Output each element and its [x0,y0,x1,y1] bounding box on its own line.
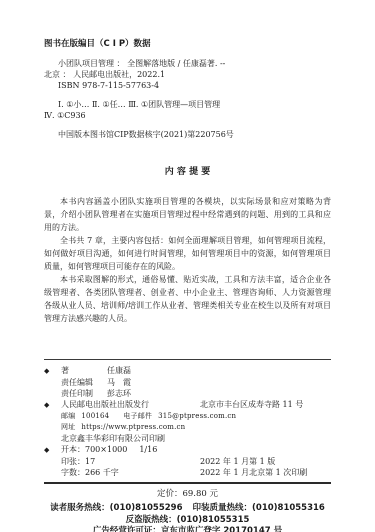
cip-isbn: ISBN 978-7-115-57763-4 [44,80,331,91]
reader-hotline-label: 读者服务热线： [50,503,110,513]
antipiracy-hotline-number: (010)81055315 [177,515,250,525]
ad-license-line: 广告经营许可证：京东市监广登字 20170147 号 [44,526,331,532]
colophon-bottom-rule [44,482,331,484]
abstract-title: 内 容 提 要 [44,166,331,178]
wordcount-cell: 字数：266 千字 [61,467,200,478]
printing-run-info: 2022 年 1 月北京第 1 次印刷 [200,467,307,478]
author-row: ◆ 著 任康磊 [44,365,331,377]
postcode-label: 邮编 [61,411,75,422]
website-label: 网址 [61,422,75,433]
cip-classification-line2: Ⅳ. ①C936 [44,110,331,121]
service-hotlines-line: 读者服务热线：(010)81055296印装质量热线：(010)81055316 [44,503,331,514]
cip-registration-number: 中国版本图书馆CIP数据核字(2021)第220756号 [44,129,331,140]
format-label: 开本： [61,444,85,455]
reader-hotline-number: (010)81055296 [110,503,183,513]
printing-supervisor-name: 彭志环 [107,388,131,399]
format-fraction: 1/16 [139,444,157,455]
email-value: 315@ptpress.com.cn [158,411,236,422]
antipiracy-hotline-label: 反盗版热线： [126,515,177,525]
wordcount-printing-row: 字数：266 千字 2022 年 1 月北京第 1 次印刷 [44,467,331,478]
edition-info: 2022 年 1 月第 1 版 [200,456,275,467]
publisher-address: 北京市丰台区成寿寺路 11 号 [200,399,303,410]
cip-classification-line1: Ⅰ. ①小… Ⅱ. ①任… Ⅲ. ①团队管理—项目管理 [44,99,331,110]
author-name: 任康磊 [107,365,131,376]
hotlines-block: 读者服务热线：(010)81055296印装质量热线：(010)81055316… [44,503,331,532]
website-row: 网址 https://www.ptpress.com.cn [44,422,331,433]
abstract-paragraph-2: 全书共 7 章，主要内容包括：如何全面理解项目管理，如何管理项目流程，如何做好项… [44,234,331,273]
author-label: 著 [61,365,107,376]
diamond-bullet-icon: ◆ [44,400,61,411]
price-line: 定价：69.80 元 [44,488,331,500]
postcode-email-row: 邮编 100164 电子邮件 315@ptpress.com.cn [44,411,331,422]
copyright-page: 图书在版编目（C I P）数据 小团队项目管理 ： 全图解落地版 / 任康磊著.… [0,0,375,532]
website-value: https://www.ptpress.com.cn [81,422,185,433]
printer-name: 北京鑫丰华彩印有限公司印刷 [61,433,165,444]
printer-row: 北京鑫丰华彩印有限公司印刷 [44,433,331,444]
diamond-bullet-icon: ◆ [44,366,61,377]
colophon-top-rule [44,359,331,360]
footer-section: 定价：69.80 元 读者服务热线：(010)81055296印装质量热线：(0… [44,488,331,532]
publisher-name: 人民邮电出版社出版发行 [61,399,200,410]
cip-record-line2: 北京 ： 人民邮电出版社，2022.1 [44,69,331,80]
format-row: ◆ 开本： 700×1000 1/16 [44,444,331,456]
format-value: 700×1000 [85,444,127,455]
abstract-section: 内 容 提 要 本书内容涵盖小团队实施项目管理的各模块，以实际场景和应对策略为背… [44,166,331,325]
postcode-value: 100164 [81,411,109,422]
diamond-bullet-icon: ◆ [44,445,61,456]
sheets-label: 印张： [61,457,85,466]
cip-record-line1: 小团队项目管理 ： 全图解落地版 / 任康磊著. -- [44,58,331,69]
editor-row: 责任编辑 马 霞 [44,377,331,388]
printing-supervisor-row: 责任印制 彭志环 [44,388,331,399]
cip-data-block: 图书在版编目（C I P）数据 小团队项目管理 ： 全图解落地版 / 任康磊著.… [44,38,331,140]
wordcount-value: 266 千字 [85,468,119,477]
colophon-section: ◆ 著 任康磊 责任编辑 马 霞 责任印制 彭志环 ◆ 人民邮电出版社出版发行 … [44,365,331,478]
printing-supervisor-label: 责任印制 [61,388,107,399]
editor-label: 责任编辑 [61,377,107,388]
abstract-paragraph-3: 本书采取图解的形式，通俗易懂、贴近实战，工具和方法丰富，适合企业各级管理者、各类… [44,273,331,325]
editor-name: 马 霞 [107,377,131,388]
abstract-paragraph-1: 本书内容涵盖小团队实施项目管理的各模块，以实际场景和应对策略为背景，介绍小团队管… [44,195,331,234]
publisher-row: ◆ 人民邮电出版社出版发行 北京市丰台区成寿寺路 11 号 [44,399,331,411]
sheets-cell: 印张：17 [61,456,200,467]
wordcount-label: 字数： [61,468,85,477]
antipiracy-hotline-line: 反盗版热线：(010)81055315 [44,515,331,526]
quality-hotline-number: (010)81055316 [252,503,325,513]
email-label: 电子邮件 [123,411,152,422]
cip-title: 图书在版编目（C I P）数据 [44,38,331,50]
sheets-value: 17 [85,457,95,466]
quality-hotline-label: 印装质量热线： [193,503,253,513]
sheets-edition-row: 印张：17 2022 年 1 月第 1 版 [44,456,331,467]
